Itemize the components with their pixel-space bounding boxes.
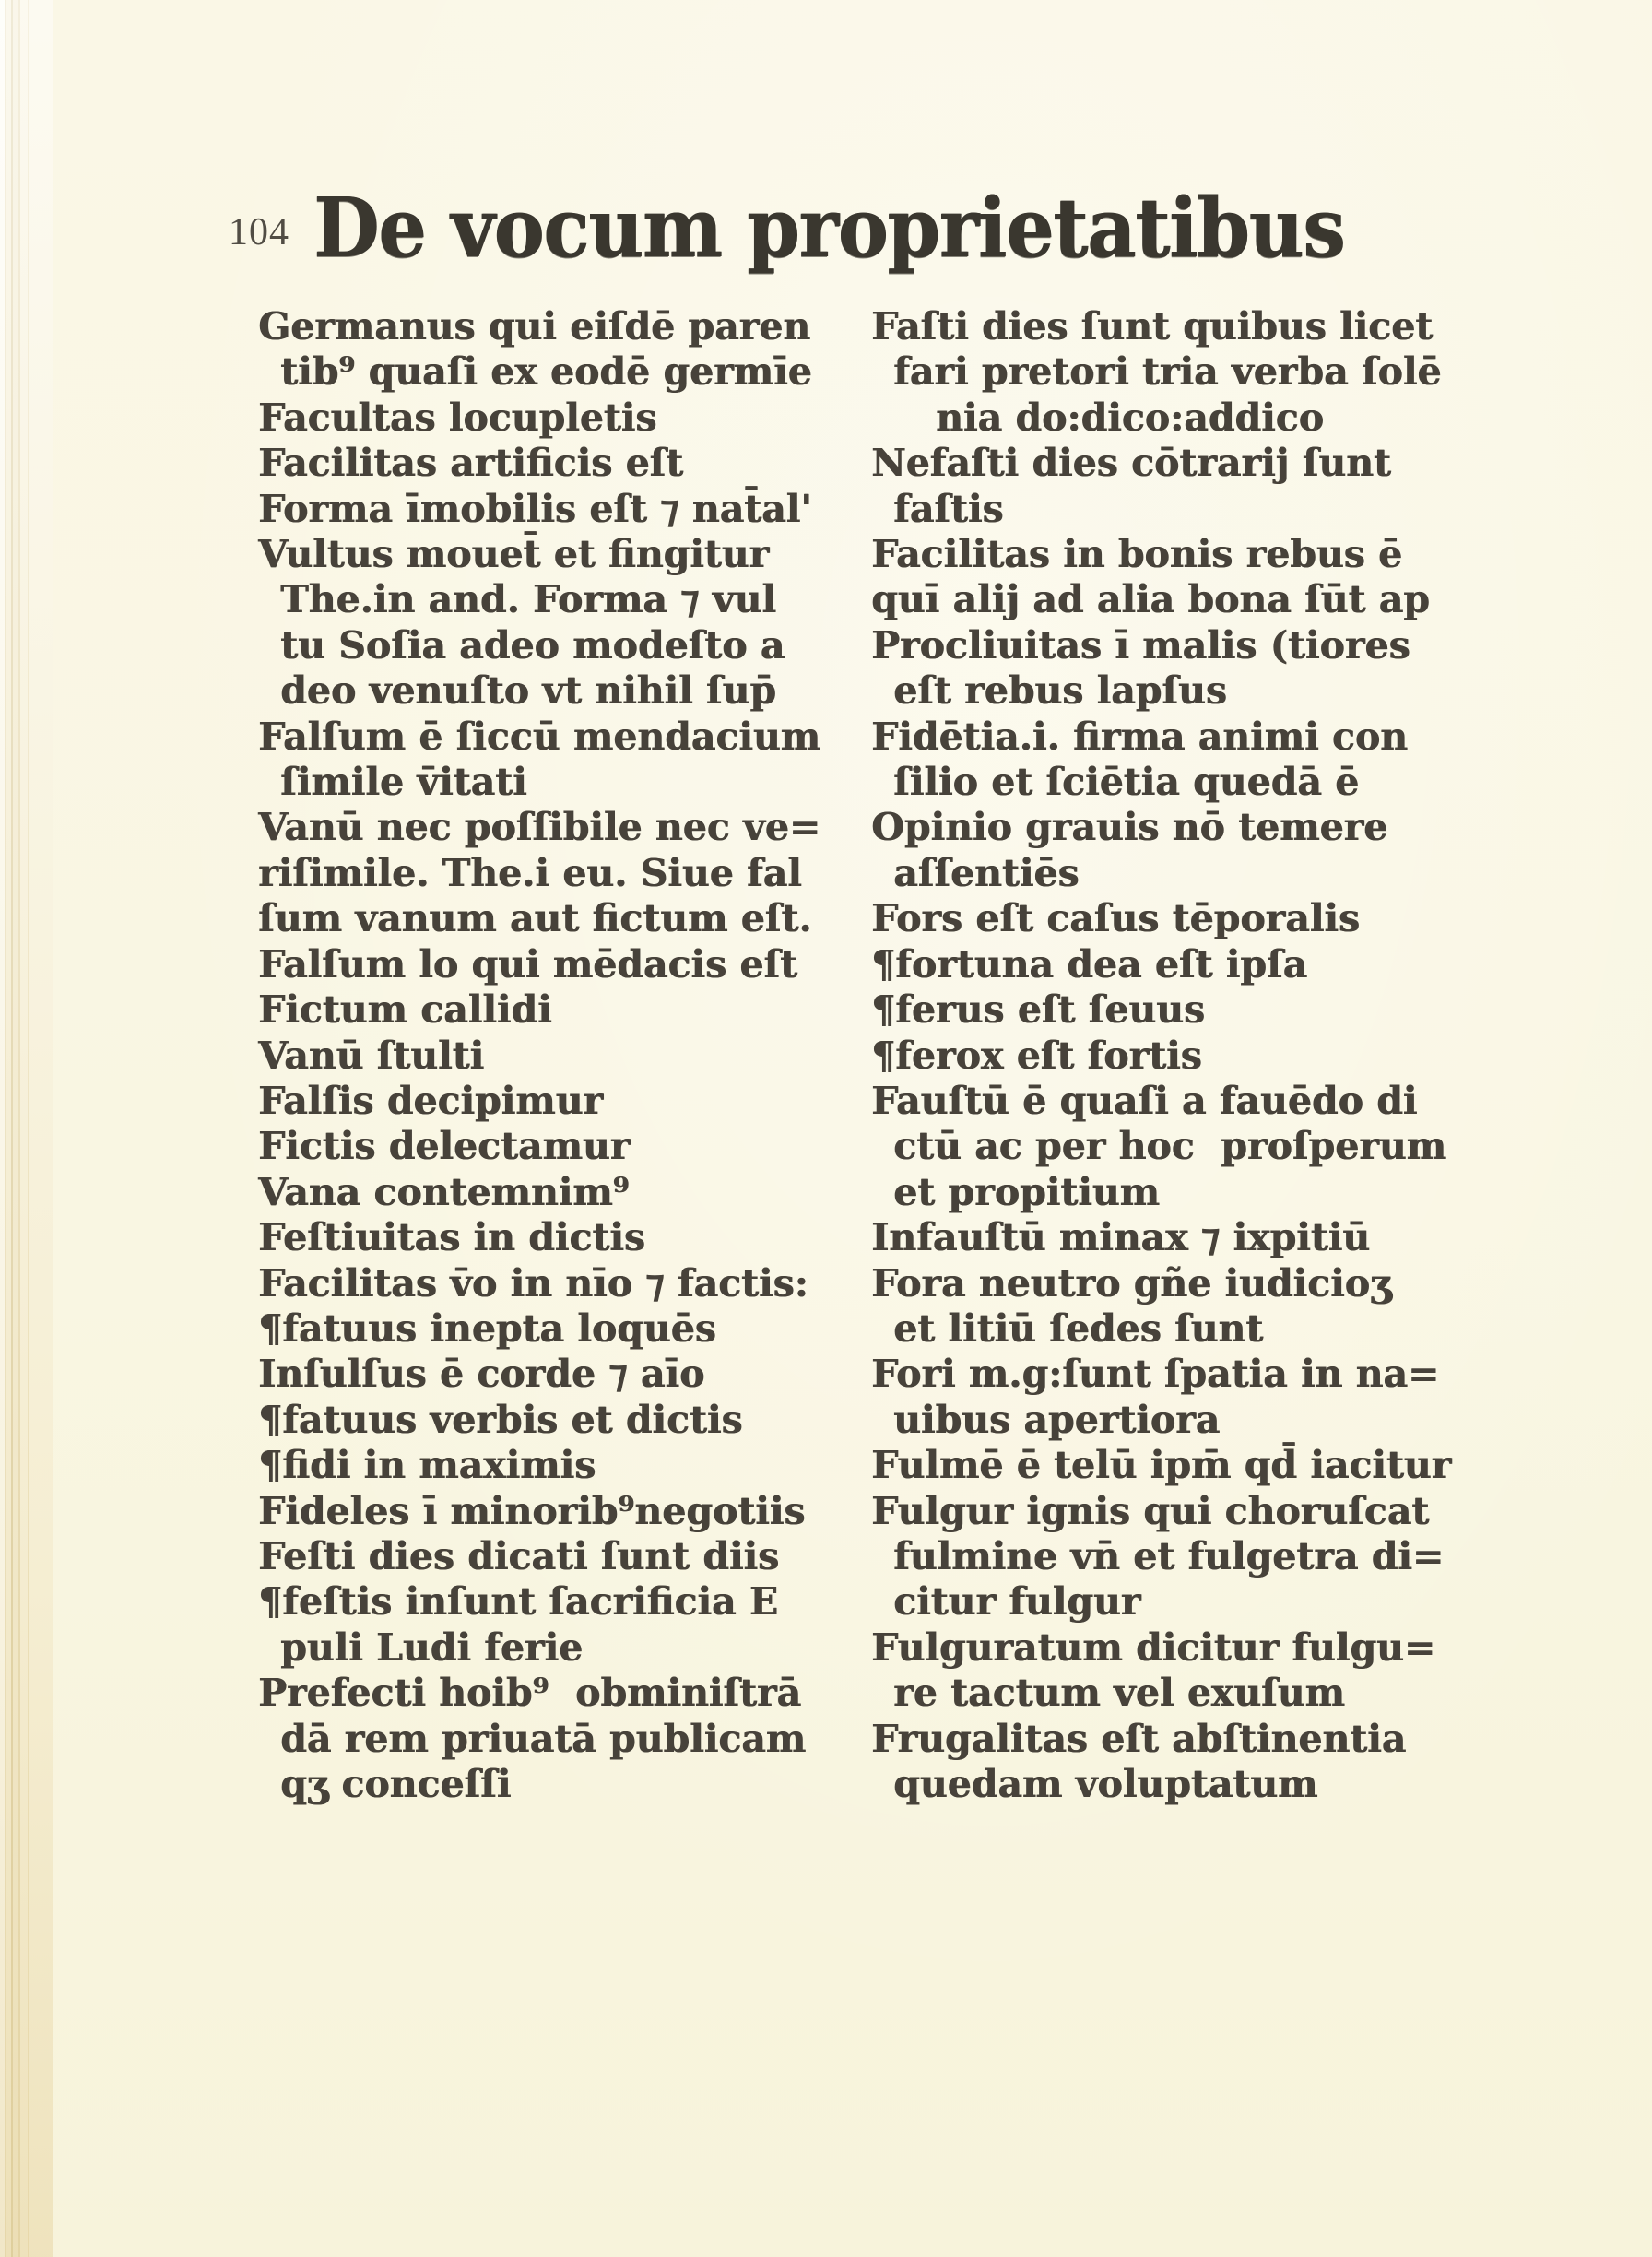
text-line: ¶ferus eſt ſeuus [871,987,1498,1033]
text-line: Fulmē ē telū ipm̄ qd̄ iacitur [871,1443,1498,1488]
text-line: quī alij ad alia bona ſūt ap [871,577,1498,622]
text-line: qʒ conceſſi [258,1762,876,1807]
text-line: et litiū ſedes ſunt [871,1306,1498,1352]
text-line: Inſulſus ē corde ⁊ aīo [258,1352,876,1397]
page-edge-stack [0,0,53,2257]
text-line: ſilio et ſciētia quedā ē [871,760,1498,805]
text-line: nia do:dico:addico [871,396,1498,441]
text-line: Fora neutro gñe iudicioʒ [871,1261,1498,1306]
text-line: Faſti dies ſunt quibus licet [871,304,1498,349]
text-line: Falſum lo qui mēdacis eſt [258,942,876,987]
text-line: Opinio grauis nō temere [871,805,1498,850]
text-line: Fulgur ignis qui choruſcat [871,1489,1498,1534]
text-line: riſimile. The.i eu. Siue fal [258,851,876,896]
text-line: Fulguratum dicitur fulgu= [871,1625,1498,1671]
text-line: uibus apertiora [871,1398,1498,1443]
text-line: quedam voluptatum [871,1762,1498,1807]
text-line: Facilitas v̄o in nīo ⁊ factis: [258,1261,876,1306]
text-line: dā rem priuatā publicam [258,1717,876,1762]
text-line: Falſum ē ſiccū mendacium [258,715,876,760]
scanned-book-page: 104 De vocum proprietatibus Germanus qui… [0,0,1652,2257]
text-line: Frugalitas eſt abſtinentia [871,1717,1498,1762]
text-line: ¶fatuus inepta loquēs [258,1306,876,1352]
text-line: Nefaſti dies cōtrarij ſunt [871,441,1498,486]
right-text-column: Faſti dies ſunt quibus licetfari pretori… [871,304,1498,1807]
text-line: tu Soſia adeo modeſto a [258,623,876,668]
text-line: et propitium [871,1170,1498,1215]
text-line: Fori m.g:ſunt ſpatia in na= [871,1352,1498,1397]
text-line: ſum vanum aut fictum eſt. [258,896,876,941]
text-line: eſt rebus lapſus [871,668,1498,714]
text-line: Fidētia.i. firma animi con [871,715,1498,760]
text-line: ¶fidi in maximis [258,1443,876,1488]
left-text-column: Germanus qui eiſdē parentib⁹ quaſi ex eo… [258,304,876,1807]
text-line: ¶feſtis inſunt ſacrificia E [258,1579,876,1625]
text-line: Fors eſt caſus tēporalis [871,896,1498,941]
text-line: ctū ac per hoc proſperum [871,1124,1498,1169]
text-line: Vultus mouet̄ et fingitur [258,532,876,577]
text-line: Vanū nec poſſibile nec ve= [258,805,876,850]
text-line: puli Ludi ferie [258,1625,876,1671]
text-line: The.in and. Forma ⁊ vul [258,577,876,622]
text-line: Fideles ī minorib⁹negotiis [258,1489,876,1534]
text-line: citur fulgur [871,1579,1498,1625]
text-line: Procliuitas ī malis (tiores [871,623,1498,668]
text-line: ſimile v̄itati [258,760,876,805]
text-line: Vanū ſtulti [258,1034,876,1079]
text-line: fulmine vn̄ et fulgetra di= [871,1534,1498,1579]
text-line: Facultas locupletis [258,396,876,441]
text-line: tib⁹ quaſi ex eodē germīe [258,349,876,395]
text-line: Feſti dies dicati ſunt diis [258,1534,876,1579]
text-line: aſſentiēs [871,851,1498,896]
text-line: ¶ferox eſt fortis [871,1034,1498,1079]
text-line: Facilitas artificis eſt [258,441,876,486]
text-line: Forma īmobilis eſt ⁊ nat̄al' [258,487,876,532]
text-line: ¶fortuna dea eſt ipſa [871,942,1498,987]
text-line: Fictis delectamur [258,1124,876,1169]
text-line: re tactum vel exuſum [871,1671,1498,1716]
text-line: faſtis [871,487,1498,532]
text-line: Infauſtū minax ⁊ ixpitiū [871,1215,1498,1260]
text-line: ¶fatuus verbis et dictis [258,1398,876,1443]
text-line: fari pretori tria verba ſolē [871,349,1498,395]
page-number: 104 [229,210,289,254]
text-line: Vana contemnim⁹ [258,1170,876,1215]
text-line: deo venuſto vt nihil ſup̄ [258,668,876,714]
text-line: Facilitas in bonis rebus ē [871,532,1498,577]
text-line: Fictum callidi [258,987,876,1033]
text-line: Falſis decipimur [258,1079,876,1124]
text-line: Feſtiuitas in dictis [258,1215,876,1260]
text-line: Prefecti hoib⁹ obminiſtrā [258,1671,876,1716]
page-title: De vocum proprietatibus [313,181,1291,277]
text-line: Germanus qui eiſdē paren [258,304,876,349]
text-line: Fauſtū ē quaſi a fauēdo di [871,1079,1498,1124]
